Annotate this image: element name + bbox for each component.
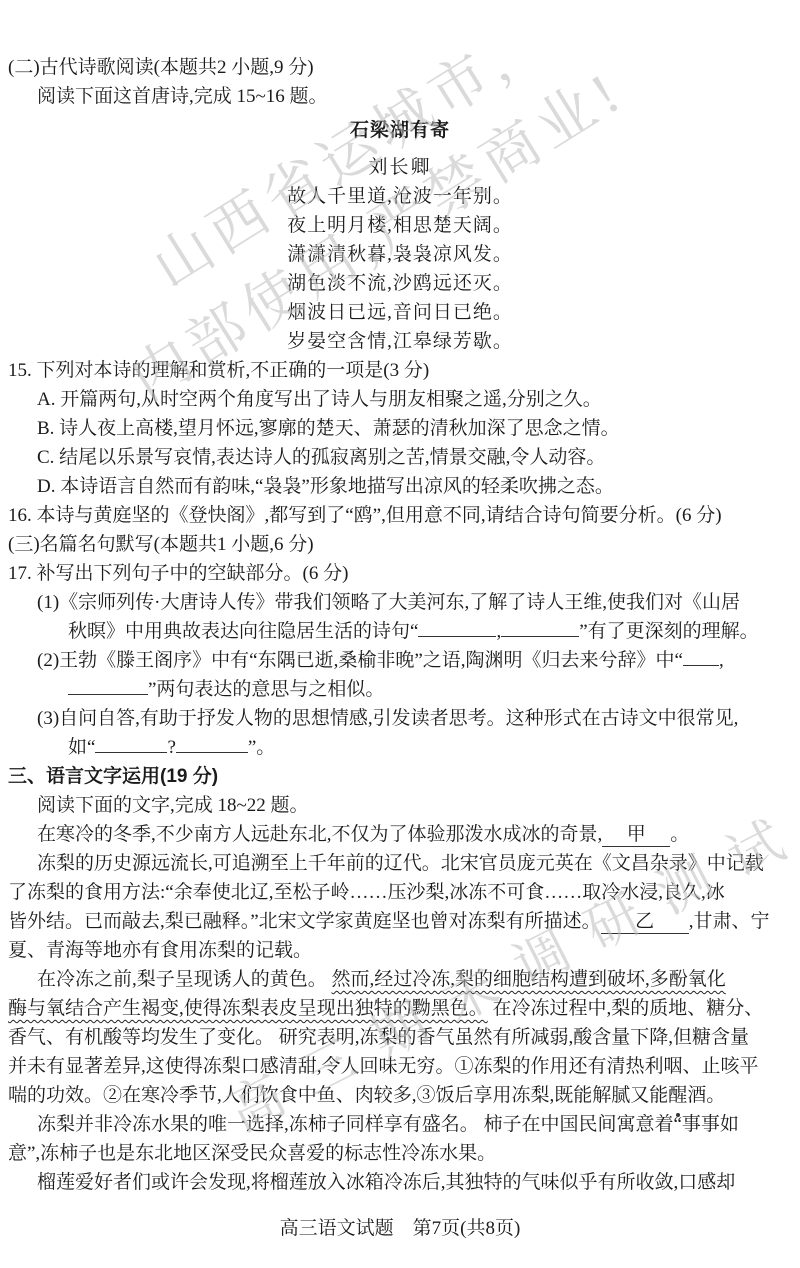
emphasis-dot-char: 醒 <box>668 1081 687 1110</box>
passage-para2-line4: 夏、青海等地亦有食用冻梨的记载。 <box>8 936 792 965</box>
wavy-underlined-text: 然而,经过冷冻,梨的细胞结构遭到破坏,多酚氧化 <box>332 969 726 990</box>
q17-item3-line2: 如“?”。 <box>68 733 792 762</box>
question-17-stem: 17. 补写出下列句子中的空缺部分。(6 分) <box>8 559 792 588</box>
passage-para1-line1: 在寒冷的冬季,不少南方人远赴东北,不仅为了体验那泼水成冰的奇景,甲。 <box>37 820 792 849</box>
poem-author: 刘长卿 <box>8 153 792 182</box>
blank-jia: 甲 <box>602 820 670 847</box>
question-15-option-b: B. 诗人夜上高楼,望月怀远,寥廓的楚天、萧瑟的清秋加深了思念之情。 <box>37 414 792 443</box>
q17-item3-line2-pre: 如“ <box>68 737 95 758</box>
section2-header: (二)古代诗歌阅读(本题共2 小题,9 分) <box>8 53 792 82</box>
exam-paper-page: 山西省运城市, 内部使用,严禁商业! 高三期末调研测试 (二)古代诗歌阅读(本题… <box>0 0 800 1268</box>
poem-line: 潇潇清秋暮,袅袅凉风发。 <box>8 240 792 269</box>
para3-line5-pre: 喘的功效。②在寒冷季节,人们饮食中鱼、肉较多,③饭后享用冻梨,既能解腻又能 <box>8 1085 668 1106</box>
q17-item1-line2: 秋暝》中用典故表达向往隐居生活的诗句“,”有了更深刻的理解。 <box>68 617 792 646</box>
q17-item3-line1: (3)自问自答,有助于抒发人物的思想情感,引发读者思考。这种形式在古诗文中很常见… <box>37 704 792 733</box>
blank-underline <box>418 618 496 637</box>
q17-item2-line1: (2)王勃《滕王阁序》中有“东隅已逝,桑榆非晚”之语,陶渊明《归去来兮辞》中“, <box>37 646 792 675</box>
poem-title: 石梁湖有寄 <box>8 116 792 145</box>
passage-para2-line2: 了冻梨的食用方法:“余奉使北辽,至松子岭……压沙梨,冰冻不可食……取冷水浸,良久… <box>8 878 792 907</box>
para3-line2-post: 在冷冻过程中,梨的质地、糖分、 <box>488 998 764 1019</box>
para1-period: 。 <box>670 824 689 845</box>
passage-para2-line3: 皆外结。已而敲去,梨已融释。”北宋文学家黄庭坚也曾对冻梨有所描述。乙,甘肃、宁 <box>8 907 792 936</box>
page-content: (二)古代诗歌阅读(本题共2 小题,9 分) 阅读下面这首唐诗,完成 15~16… <box>8 53 792 1197</box>
poem-line: 故人千里道,沧波一年别。 <box>8 182 792 211</box>
passage-para3-line2: 酶与氧结合产生褐变,使得冻梨表皮呈现出独特的黝黑色。 在冷冻过程中,梨的质地、糖… <box>8 994 792 1023</box>
part3-header: 三、语言文字运用(19 分) <box>8 762 792 791</box>
para3-line5-post: 酒。 <box>687 1085 725 1106</box>
blank-underline <box>501 618 579 637</box>
blank-underline <box>95 734 167 753</box>
passage-para3-line1: 在冷冻之前,梨子呈现诱人的黄色。 然而,经过冷冻,梨的细胞结构遭到破坏,多酚氧化 <box>37 965 792 994</box>
poem-line: 烟波日已远,音问日已绝。 <box>8 298 792 327</box>
passage-para3-line5: 喘的功效。②在寒冷季节,人们饮食中鱼、肉较多,③饭后享用冻梨,既能解腻又能醒酒。 <box>8 1081 792 1110</box>
passage-para3-line3: 香气、有机酸等均发生了变化。 研究表明,冻梨的香气虽然有所减弱,酸含量下降,但糖… <box>8 1023 792 1052</box>
blank-underline <box>176 734 248 753</box>
passage-para4-line2: 意”,冻柿子也是东北地区深受民众喜爱的标志性冷冻水果。 <box>8 1139 792 1168</box>
q17-item2-line1-comma: , <box>719 650 724 671</box>
q17-item1-line2-post: ”有了更深刻的理解。 <box>579 621 758 642</box>
q17-item2-line2: ”两句表达的意思与之相似。 <box>68 675 792 704</box>
page-footer: 高三语文试题 第7页(共8页) <box>0 1214 800 1243</box>
section2-intro: 阅读下面这首唐诗,完成 15~16 题。 <box>37 82 792 111</box>
passage-para2-line1: 冻梨的历史源远流长,可追溯至上千年前的辽代。北宋官员庞元英在《文昌杂录》中记载 <box>37 849 792 878</box>
poem-line: 夜上明月楼,相思楚天阔。 <box>8 211 792 240</box>
question-15-option-d: D. 本诗语言自然而有韵味,“袅袅”形象地描写出凉风的轻柔吹拂之态。 <box>37 472 792 501</box>
question-15-option-c: C. 结尾以乐景写哀情,表达诗人的孤寂离别之苦,情景交融,令人动容。 <box>37 443 792 472</box>
section3-header: (三)名篇名句默写(本题共1 小题,6 分) <box>8 530 792 559</box>
part3-intro: 阅读下面的文字,完成 18~22 题。 <box>37 791 792 820</box>
blank-underline <box>683 647 719 666</box>
poem-line: 湖色淡不流,沙鸥远还灭。 <box>8 269 792 298</box>
q17-item1-line2-pre: 秋暝》中用典故表达向往隐居生活的诗句“ <box>68 621 418 642</box>
wavy-underlined-text: 酶与氧结合产生褐变,使得冻梨表皮呈现出独特的黝黑色。 <box>8 998 488 1019</box>
para1-text: 在寒冷的冬季,不少南方人远赴东北,不仅为了体验那泼水成冰的奇景, <box>37 824 602 845</box>
question-15-stem: 15. 下列对本诗的理解和赏析,不正确的一项是(3 分) <box>8 356 792 385</box>
blank-yi: 乙 <box>601 907 689 934</box>
q17-item1-line1: (1)《宗师列传·大唐诗人传》带我们领略了大美河东,了解了诗人王维,使我们对《山… <box>37 588 792 617</box>
q17-item2-line2-post: ”两句表达的意思与之相似。 <box>148 679 384 700</box>
passage-para3-line4: 并未有显著差异,这使得冻梨口感清甜,令人回味无穷。①冻梨的作用还有清热利咽、止咳… <box>8 1052 792 1081</box>
q17-item2-line1-text: (2)王勃《滕王阁序》中有“东隅已逝,桑榆非晚”之语,陶渊明《归去来兮辞》中“ <box>37 650 683 671</box>
blank-underline <box>68 676 148 695</box>
para3-line1-pre: 在冷冻之前,梨子呈现诱人的黄色。 <box>37 969 332 990</box>
para2-line3-pre: 皆外结。已而敲去,梨已融释。”北宋文学家黄庭坚也曾对冻梨有所描述。 <box>8 911 601 932</box>
q17-item3-line2-post: ”。 <box>248 737 275 758</box>
question-15-option-a: A. 开篇两句,从时空两个角度写出了诗人与朋友相聚之遥,分别之久。 <box>37 385 792 414</box>
poem-line: 岁晏空含情,江皋绿芳歇。 <box>8 327 792 356</box>
q17-item3-line2-question-mark: ? <box>167 737 175 758</box>
passage-para5-line1: 榴莲爱好者们或许会发现,将榴莲放入冰箱冷冻后,其独特的气味似乎有所收敛,口感却 <box>37 1168 792 1197</box>
question-16-stem: 16. 本诗与黄庭坚的《登快阁》,都写到了“鸥”,但用意不同,请结合诗句简要分析… <box>8 501 792 530</box>
para2-line3-post: ,甘肃、宁 <box>689 911 770 932</box>
